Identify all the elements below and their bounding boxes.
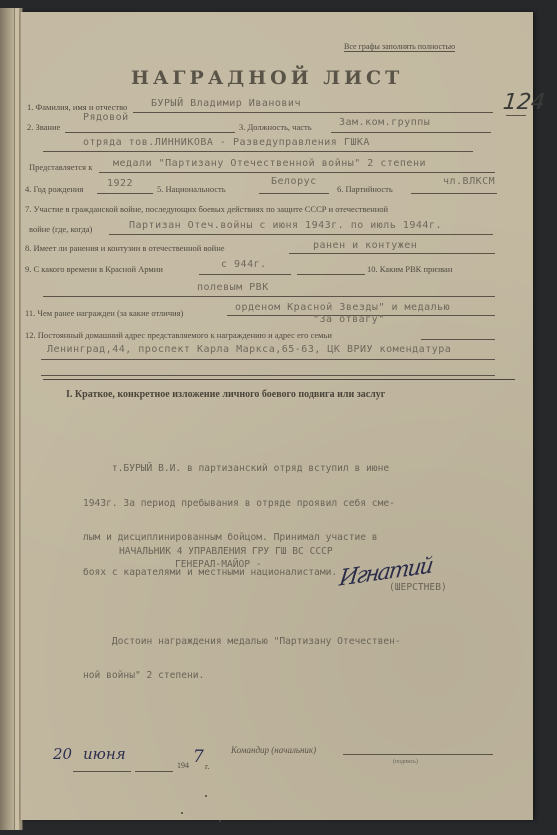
field-3-value-cont: отряда тов.ЛИННИКОВА - Разведуправления … xyxy=(83,137,370,148)
field-12-rule xyxy=(41,359,495,360)
date-month-rule xyxy=(73,771,131,772)
narrative-line xyxy=(83,601,401,613)
date-gap-rule xyxy=(135,771,173,772)
field-4-label: 4. Год рождения xyxy=(25,184,83,194)
field-1-value: БУРЫЙ Владимир Иванович xyxy=(151,98,301,109)
field-9-rule xyxy=(199,274,291,275)
field-11-value-cont: "За отвагу" xyxy=(313,314,385,325)
field-12-rule-2 xyxy=(41,375,495,376)
field-12-label: 12. Постоянный домашний адрес представля… xyxy=(25,330,332,340)
field-7-rule xyxy=(109,234,493,235)
narrative-line: т.БУРЫЙ В.И. в партизанский отряд вступи… xyxy=(83,463,401,475)
section-divider xyxy=(43,379,515,380)
field-12-value: Ленинград,44, проспект Карла Маркса,65-6… xyxy=(47,344,451,355)
field-2-label: 2. Звание xyxy=(27,122,60,132)
paper-speck xyxy=(219,820,221,822)
field-6-rule xyxy=(411,193,497,194)
commander-label: Командир (начальник) xyxy=(231,745,316,755)
signer-title: НАЧАЛЬНИК 4 УПРАВЛЕНИЯ ГРУ ГШ ВС СССР xyxy=(119,546,333,557)
date-month: июня xyxy=(83,745,126,763)
paper-speck xyxy=(181,812,183,814)
field-12-label-rule xyxy=(421,339,495,340)
presented-rule xyxy=(99,172,495,173)
award-sheet-page: Все графы заполнять полностью НАГРАДНОЙ … xyxy=(20,12,533,820)
field-7-label-cont: войне (где, когда) xyxy=(29,224,92,234)
field-10-rule xyxy=(43,296,495,297)
page-number: 124 xyxy=(502,90,547,115)
signature-sub-label: (подпись) xyxy=(393,759,418,765)
field-4-value: 1922 xyxy=(107,178,133,189)
date-day: 20 xyxy=(53,745,72,763)
field-8-rule xyxy=(289,253,495,254)
field-3-rule xyxy=(331,132,491,133)
field-1-rule xyxy=(133,112,493,113)
page-title: НАГРАДНОЙ ЛИСТ xyxy=(131,67,403,89)
field-8-label: 8. Имеет ли ранения и контузии в отечест… xyxy=(25,243,225,253)
field-7-value: Партизан Отеч.войны с июня 1943г. по июл… xyxy=(129,220,442,231)
field-7-label: 7. Участие в гражданской войне, последую… xyxy=(25,204,388,214)
field-9-label: 9. С какого времени в Красной Армии xyxy=(25,264,163,274)
commander-signature-rule xyxy=(343,754,493,755)
field-9-value: с 944г. xyxy=(221,259,267,270)
field-3-cont-rule xyxy=(43,151,473,152)
field-11-value: орденом Красной Звезды" и медалью xyxy=(235,302,450,313)
field-3-label: 3. Должность, часть xyxy=(239,122,312,132)
field-4-rule xyxy=(97,193,153,194)
signer-rank: ГЕНЕРАЛ-МАЙОР - xyxy=(175,559,262,570)
narrative-line: 1943г. За период пребывания в отряде про… xyxy=(83,498,401,510)
date-year-prefix: 194 xyxy=(177,761,189,770)
field-9-rule-2 xyxy=(297,274,365,275)
field-8-value: ранен и контужен xyxy=(313,240,417,251)
field-10-label: 10. Каким РВК призван xyxy=(367,264,452,274)
field-3-value: Зам.ком.группы xyxy=(339,117,430,128)
date-year-suffix: 7 xyxy=(193,747,204,767)
date-year-letter: г. xyxy=(205,762,209,771)
field-6-value: чл.ВЛКСМ xyxy=(443,176,495,187)
presented-value: медали "Партизану Отечественной войны" 2… xyxy=(113,158,426,169)
paper-speck xyxy=(205,795,207,797)
field-11-label: 11. Чем ранее награжден (за какие отличи… xyxy=(25,308,183,318)
header-note: Все графы заполнять полностью xyxy=(344,42,455,52)
field-6-label: 6. Партийность xyxy=(337,184,393,194)
field-5-rule xyxy=(259,193,329,194)
narrative-line: лым и дисциплинированным бойцом. Принима… xyxy=(83,532,401,544)
page-number-rule xyxy=(506,115,526,116)
narrative-line: Достоин награждения медалью "Партизану О… xyxy=(83,636,401,648)
presented-label: Представляется к xyxy=(29,162,92,172)
field-10-value: полевым РВК xyxy=(197,282,269,293)
field-2-rule xyxy=(65,132,235,133)
field-1-label: 1. Фамилия, имя и отчество xyxy=(27,102,127,112)
narrative-line: ной войны" 2 степени. xyxy=(83,670,401,682)
field-5-label: 5. Национальность xyxy=(157,184,226,194)
signer-name: (ШЕРСТНЕВ) xyxy=(389,582,447,593)
section-title: I. Краткое, конкретное изложение личного… xyxy=(66,389,385,400)
field-5-value: Белорус xyxy=(271,176,317,187)
field-2-value: Рядовой xyxy=(83,112,129,123)
binding-fold xyxy=(14,8,19,830)
